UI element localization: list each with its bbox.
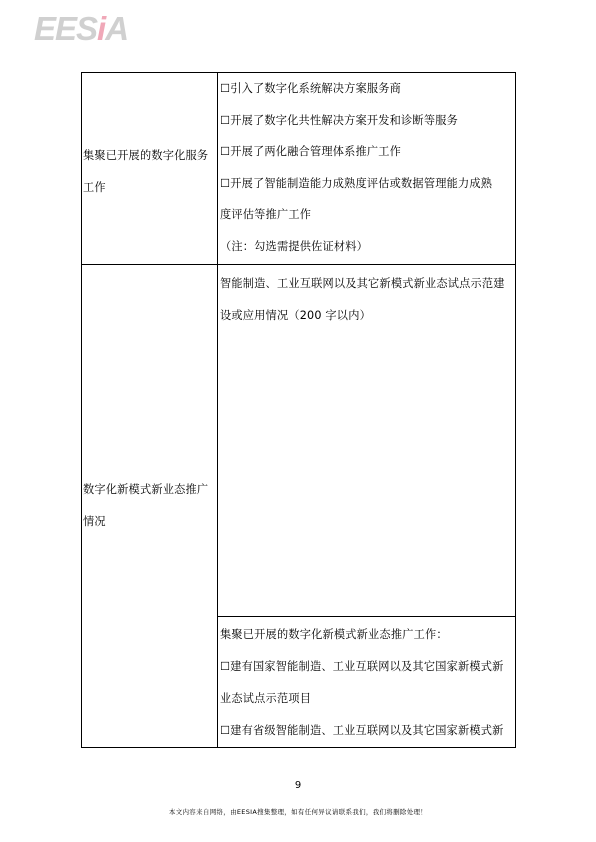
eesia-logo: EESiA bbox=[34, 10, 128, 48]
row-options-cell: 集聚已开展的数字化新模式新业态推广工作： ☐建有国家智能制造、工业互联网以及其它… bbox=[218, 617, 516, 748]
row-label-line1: 集聚已开展的数字化服务 bbox=[83, 140, 217, 172]
note-text: （注：勾选需提供佐证材料） bbox=[220, 231, 515, 263]
prompt-line1: 智能制造、工业互联网以及其它新模式新业态试点示范建 bbox=[220, 268, 515, 300]
table-row-digital-services: 集聚已开展的数字化服务 工作 ☐引入了数字化系统解决方案服务商 ☐开展了数字化共… bbox=[82, 73, 516, 265]
application-form-table: 集聚已开展的数字化服务 工作 ☐引入了数字化系统解决方案服务商 ☐开展了数字化共… bbox=[81, 72, 516, 748]
checkbox-option-national-pilot[interactable]: ☐建有国家智能制造、工业互联网以及其它国家新模式新 bbox=[220, 651, 515, 683]
footer-disclaimer: 本文内容来自网络，由EESIA搜集整理，如有任何异议请联系我们，我们将删除处理！ bbox=[0, 807, 596, 816]
description-input-cell[interactable]: 智能制造、工业互联网以及其它新模式新业态试点示范建 设或应用情况（200 字以内… bbox=[218, 265, 516, 617]
logo-accent: i bbox=[97, 10, 105, 47]
checkbox-option-solution-provider[interactable]: ☐引入了数字化系统解决方案服务商 bbox=[220, 73, 515, 105]
page-number: 9 bbox=[0, 780, 596, 791]
checkbox-option-maturity-assessment[interactable]: ☐开展了智能制造能力成熟度评估或数据管理能力成熟 bbox=[220, 168, 515, 200]
row-label-cell: 集聚已开展的数字化服务 工作 bbox=[82, 73, 218, 265]
prompt-line2: 设或应用情况（200 字以内） bbox=[220, 300, 515, 332]
option-continuation: 度评估等推广工作 bbox=[220, 199, 515, 231]
row-label-line1: 数字化新模式新业态推广 bbox=[83, 474, 217, 506]
logo-text: EES bbox=[34, 10, 97, 47]
checkbox-option-provincial-pilot[interactable]: ☐建有省级智能制造、工业互联网以及其它国家新模式新 bbox=[220, 715, 515, 747]
row-options-cell: ☐引入了数字化系统解决方案服务商 ☐开展了数字化共性解决方案开发和诊断等服务 ☐… bbox=[218, 73, 516, 265]
logo-tail: A bbox=[105, 10, 128, 47]
sub-heading: 集聚已开展的数字化新模式新业态推广工作： bbox=[220, 619, 515, 651]
table-row-new-models: 数字化新模式新业态推广 情况 智能制造、工业互联网以及其它新模式新业态试点示范建… bbox=[82, 265, 516, 617]
row-label-cell: 数字化新模式新业态推广 情况 bbox=[82, 265, 218, 748]
checkbox-option-two-integration[interactable]: ☐开展了两化融合管理体系推广工作 bbox=[220, 136, 515, 168]
row-label-line2: 工作 bbox=[83, 172, 217, 204]
option-continuation: 业态试点示范项目 bbox=[220, 683, 515, 715]
checkbox-option-common-solution[interactable]: ☐开展了数字化共性解决方案开发和诊断等服务 bbox=[220, 105, 515, 137]
row-label-line2: 情况 bbox=[83, 506, 217, 538]
